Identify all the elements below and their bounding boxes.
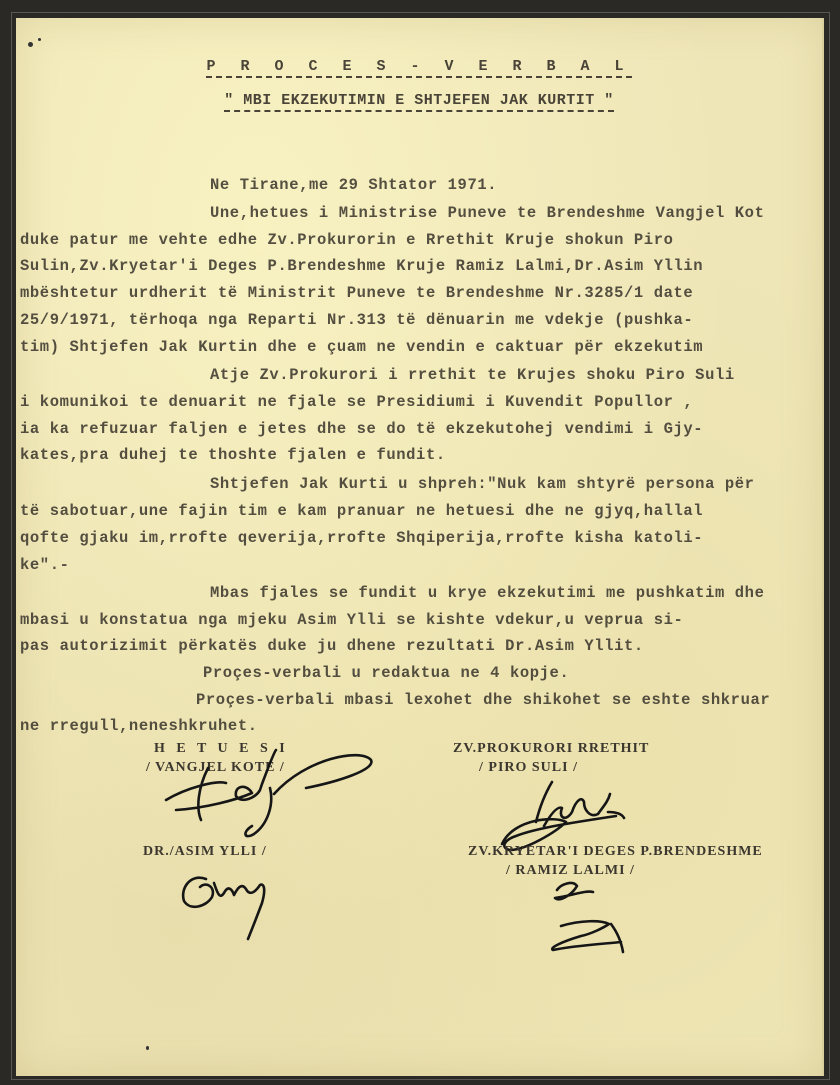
text-line: mbasi u konstatua nga mjeku Asim Ylli se… <box>20 611 683 629</box>
text-line: ke".- <box>20 556 70 574</box>
text-line: Sulin,Zv.Kryetar'i Deges P.Brendeshme Kr… <box>20 257 703 275</box>
text-line: kates,pra duhej te thoshte fjalen e fund… <box>20 446 446 464</box>
text-line: ne rregull,neneshkruhet. <box>20 717 258 735</box>
document-page: P R O C E S - V E R B A L " MBI EKZEKUTI… <box>16 18 824 1076</box>
ink-speck <box>38 38 41 41</box>
signatory-role-prosecutor: ZV.PROKURORI RRETHIT <box>453 741 649 757</box>
signature-doctor <box>176 863 296 943</box>
text-line: Proçes-verbali mbasi lexohet dhe shikohe… <box>196 691 770 709</box>
signatory-name-prosecutor: / PIRO SULI / <box>479 760 578 776</box>
text-line: tim) Shtjefen Jak Kurtin dhe e çuam ne v… <box>20 338 703 356</box>
text-line: 25/9/1971, tërhoqa nga Reparti Nr.313 të… <box>20 311 693 329</box>
text-line: Proçes-verbali u redaktua ne 4 kopje. <box>203 664 569 682</box>
text-line: ia ka refuzuar faljen e jetes dhe se do … <box>20 420 703 438</box>
signature-investigator <box>156 738 386 838</box>
ink-speck <box>146 1046 149 1050</box>
text-line: Mbas fjales se fundit u krye ekzekutimi … <box>210 584 764 602</box>
signature-deputy-chief <box>541 876 681 966</box>
text-line: mbështetur urdherit të Ministrit Puneve … <box>20 284 693 302</box>
text-line: pas autorizimit përkatës duke ju dhene r… <box>20 637 644 655</box>
text-line: Ne Tirane,me 29 Shtator 1971. <box>210 176 497 194</box>
signatory-role-doctor: DR./ASIM YLLI / <box>143 844 267 860</box>
text-line: Atje Zv.Prokurori i rrethit te Krujes sh… <box>210 366 735 384</box>
ink-speck <box>28 42 33 47</box>
document-title: P R O C E S - V E R B A L <box>16 58 822 75</box>
text-line: i komunikoi te denuarit ne fjale se Pres… <box>20 393 693 411</box>
document-subtitle: " MBI EKZEKUTIMIN E SHTJEFEN JAK KURTIT … <box>16 92 822 109</box>
text-line: Une,hetues i Ministrise Puneve te Brende… <box>210 204 764 222</box>
signatory-role-deputy-chief: ZV.KRYETAR'I DEGES P.BRENDESHME <box>468 844 763 860</box>
text-line: qofte gjaku im,rrofte qeverija,rrofte Sh… <box>20 529 703 547</box>
text-line: të sabotuar,une fajin tim e kam pranuar … <box>20 502 703 520</box>
text-line: Shtjefen Jak Kurti u shpreh:"Nuk kam sht… <box>210 475 755 493</box>
text-line: duke patur me vehte edhe Zv.Prokurorin e… <box>20 231 674 249</box>
